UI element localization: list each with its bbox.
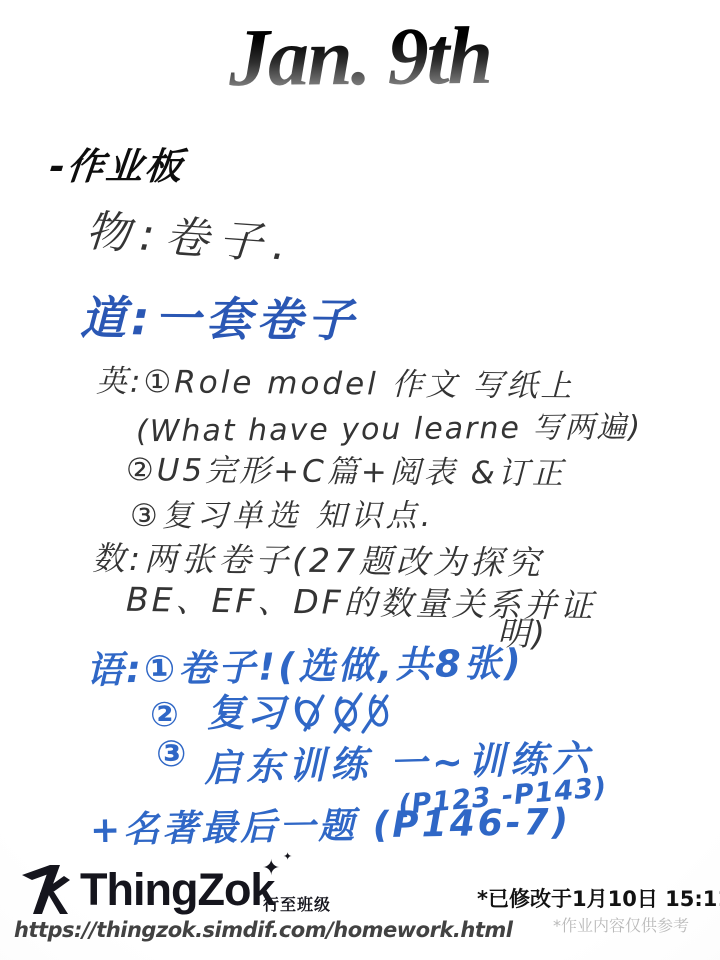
english-homework-line-1: 英:①Role model 作文 写纸上 bbox=[96, 355, 575, 405]
chinese-item-2-number: ② bbox=[150, 695, 181, 735]
physics-homework-line: 物:卷子. bbox=[84, 195, 299, 274]
morality-homework-line: 道:一套卷子 bbox=[80, 282, 359, 350]
thingzok-logo-icon bbox=[20, 862, 74, 916]
sparkle-small-icon: ✦ bbox=[283, 850, 292, 863]
date-title: Jan. 9th bbox=[229, 9, 492, 105]
chinese-homework-line-4: +名著最后一题 (P146-7) bbox=[90, 794, 572, 853]
board-label: -作业板 bbox=[47, 136, 187, 190]
chinese-item-2-text: 复习 bbox=[207, 691, 287, 735]
homework-board-page: Jan. 9th -作业板 物:卷子. 道:一套卷子 英:①Role model… bbox=[0, 0, 720, 960]
homework-site-url[interactable]: https://thingzok.simdif.com/homework.htm… bbox=[14, 918, 512, 942]
english-homework-line-3: ②U5完形+C篇+阅表 &订正 bbox=[126, 444, 566, 493]
modified-timestamp: *已修改于1月10日 15:11 bbox=[477, 883, 720, 913]
english-homework-line-4: ③复习单选 知识点. bbox=[130, 490, 435, 535]
brand-tagline: 行至班级 bbox=[263, 892, 331, 915]
brand-name: ThingZok bbox=[80, 864, 274, 916]
sparkle-icon: ✦ bbox=[262, 856, 280, 881]
chinese-item-3-number: ③ bbox=[156, 734, 186, 775]
english-homework-line-2: (What have you learne 写两遍) bbox=[136, 402, 642, 450]
disclaimer-note: *作业内容仅供参考 bbox=[553, 913, 689, 936]
